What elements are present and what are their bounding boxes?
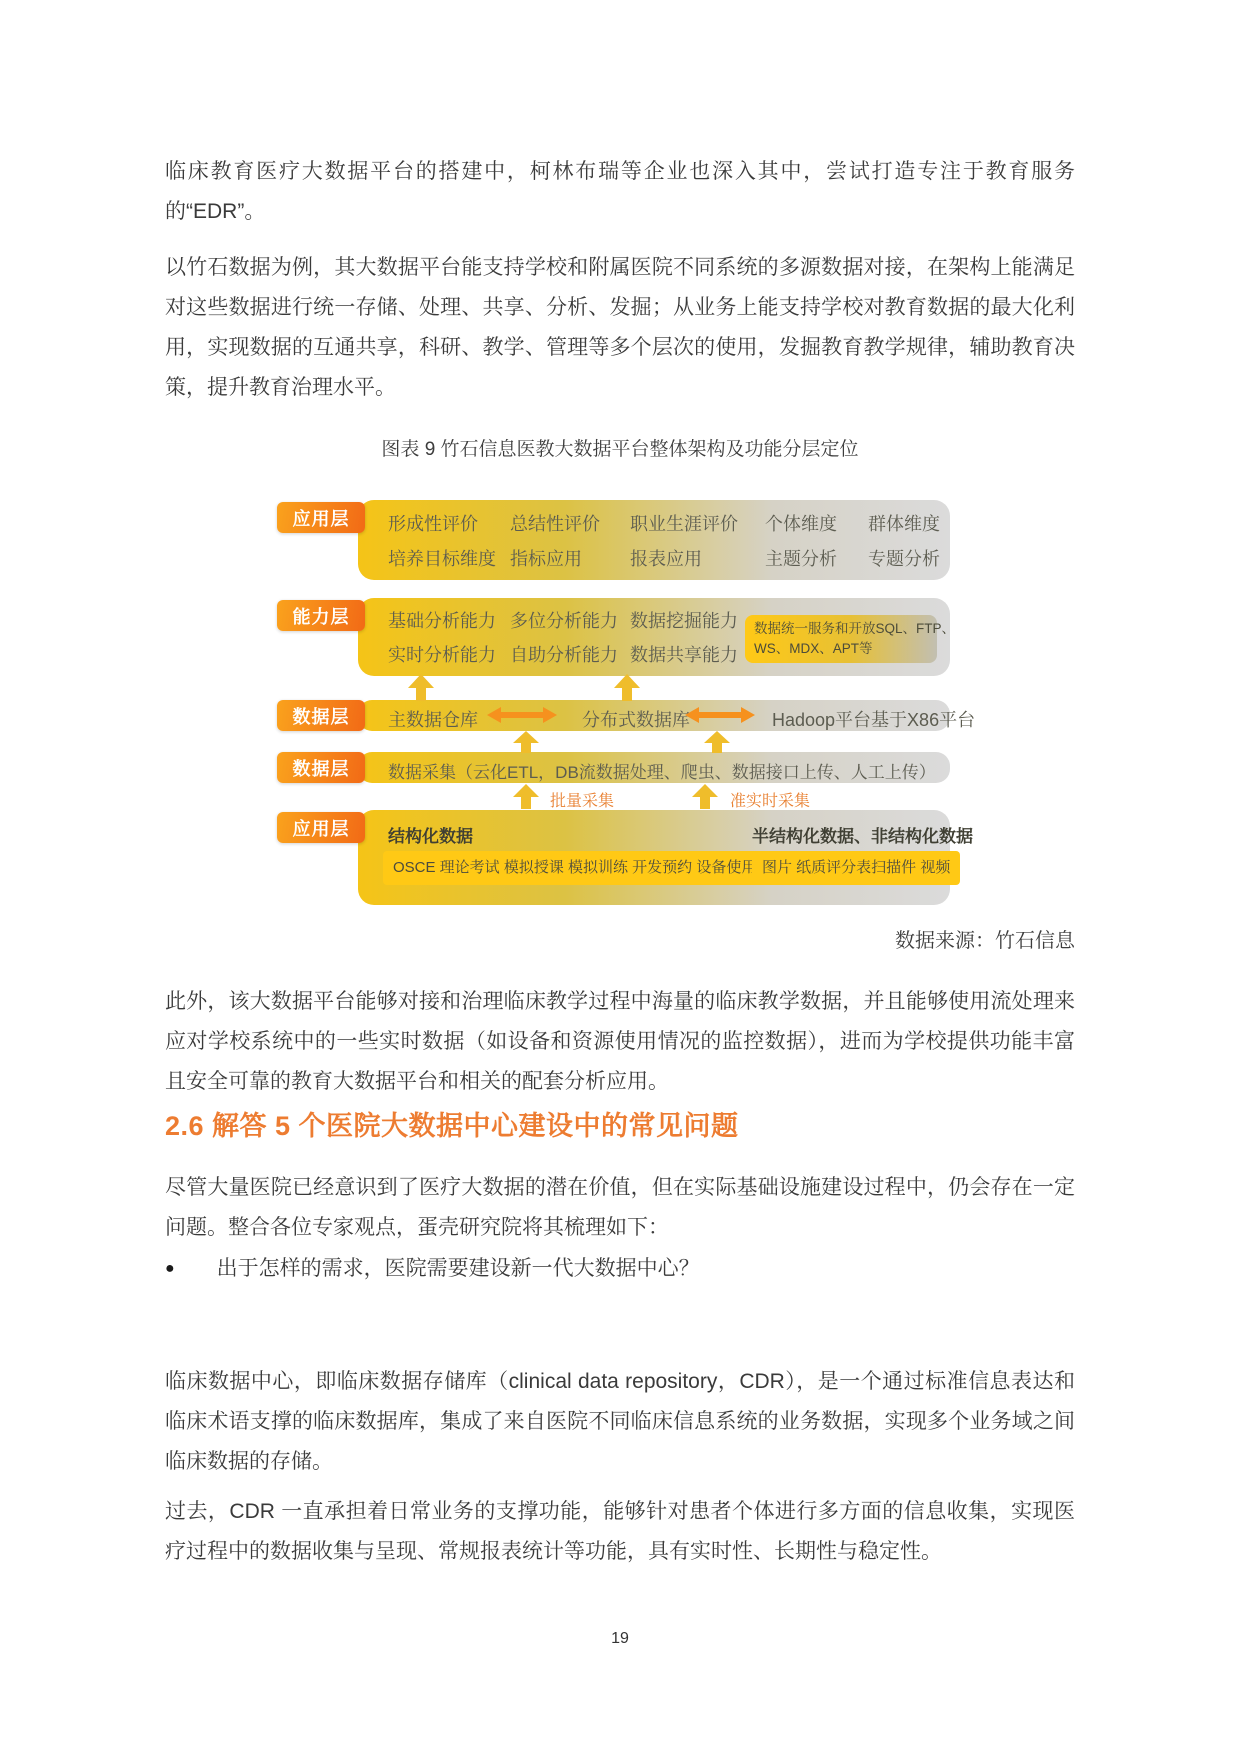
- bullet-text: 出于怎样的需求，医院需要建设新一代大数据中心？: [217, 1257, 700, 1280]
- structured-data-title: 结构化数据: [388, 822, 473, 847]
- layer1-item: 培养目标维度: [388, 545, 496, 571]
- paragraph-6: 过去，CDR 一直承担着日常业务的支撑功能，能够针对患者个体进行多方面的信息收集…: [165, 1492, 1075, 1572]
- bullet-icon: ●: [165, 1260, 175, 1277]
- layer1-item: 总结性评价: [510, 510, 600, 536]
- layer-badge-data: 数据层: [277, 700, 365, 731]
- double-arrow-icon: [487, 707, 557, 723]
- layer-badge-capability: 能力层: [277, 600, 365, 631]
- data-node: 分布式数据库: [582, 706, 690, 732]
- layer1-item: 群体维度: [868, 510, 940, 536]
- layer2-item: 数据挖掘能力: [630, 607, 738, 633]
- layer1-item: 职业生涯评价: [630, 510, 738, 536]
- layer2-item: 实时分析能力: [388, 641, 496, 667]
- report-page: 临床教育医疗大数据平台的搭建中，柯林布瑞等企业也深入其中，尝试打造专注于教育服务…: [0, 0, 1240, 1753]
- double-arrow-icon: [685, 707, 755, 723]
- layer-badge-source: 应用层: [277, 812, 365, 843]
- up-arrow-icon: [513, 784, 539, 809]
- layer1-item: 个体维度: [765, 510, 837, 536]
- figure-source: 数据来源：竹石信息: [165, 924, 1075, 953]
- layer2-item: 自助分析能力: [510, 641, 618, 667]
- layer-badge-collection: 数据层: [277, 752, 365, 783]
- up-arrow-icon: [704, 731, 730, 753]
- realtime-collect-label: 准实时采集: [730, 788, 810, 811]
- layer1-item: 指标应用: [510, 545, 582, 571]
- up-arrow-icon: [408, 674, 434, 701]
- figure-caption: 图表 9 竹石信息医教大数据平台整体架构及功能分层定位: [165, 434, 1075, 461]
- up-arrow-icon: [513, 731, 539, 753]
- paragraph-2: 以竹石数据为例，其大数据平台能支持学校和附属医院不同系统的多源数据对接，在架构上…: [165, 248, 1075, 408]
- paragraph-1: 临床教育医疗大数据平台的搭建中，柯林布瑞等企业也深入其中，尝试打造专注于教育服务…: [165, 152, 1075, 232]
- layer2-item: 基础分析能力: [388, 607, 496, 633]
- data-node: 主数据仓库: [388, 706, 478, 732]
- structured-data-chip: OSCE 理论考试 模拟授课 模拟训练 开发预约 设备使用: [383, 851, 766, 885]
- paragraph-3: 此外，该大数据平台能够对接和治理临床教学过程中海量的临床教学数据，并且能够使用流…: [165, 982, 1075, 1102]
- unstructured-data-title: 半结构化数据、非结构化数据: [752, 822, 973, 847]
- layer2-item: 数据共享能力: [630, 641, 738, 667]
- unstructured-data-chip: 图片 纸质评分表扫描件 视频: [752, 851, 960, 885]
- layer-badge-application: 应用层: [277, 502, 365, 533]
- layer1-item: 报表应用: [630, 545, 702, 571]
- data-service-box-line: WS、MDX、APT等: [754, 639, 928, 659]
- up-arrow-icon: [614, 674, 640, 701]
- data-node: Hadoop平台基于X86平台: [772, 706, 975, 732]
- up-arrow-icon: [692, 784, 718, 809]
- batch-collect-label: 批量采集: [550, 788, 614, 811]
- bullet-item: ●出于怎样的需求，医院需要建设新一代大数据中心？: [165, 1254, 1075, 1284]
- layer2-item: 多位分析能力: [510, 607, 618, 633]
- paragraph-5: 临床数据中心，即临床数据存储库（clinical data repository…: [165, 1362, 1075, 1482]
- paragraph-4: 尽管大量医院已经意识到了医疗大数据的潜在价值，但在实际基础设施建设过程中，仍会存…: [165, 1168, 1075, 1248]
- layer1-item: 主题分析: [765, 545, 837, 571]
- section-heading: 2.6 解答 5 个医院大数据中心建设中的常见问题: [165, 1104, 1115, 1143]
- data-service-box-line: 数据统一服务和开放SQL、FTP、: [754, 619, 928, 639]
- page-number: 19: [0, 1630, 1240, 1648]
- layer1-item: 形成性评价: [388, 510, 478, 536]
- collection-text: 数据采集（云化ETL，DB流数据处理、爬虫、数据接口上传、人工上传）: [388, 758, 936, 783]
- data-service-box: 数据统一服务和开放SQL、FTP、 WS、MDX、APT等: [745, 615, 937, 663]
- layer1-item: 专题分析: [868, 545, 940, 571]
